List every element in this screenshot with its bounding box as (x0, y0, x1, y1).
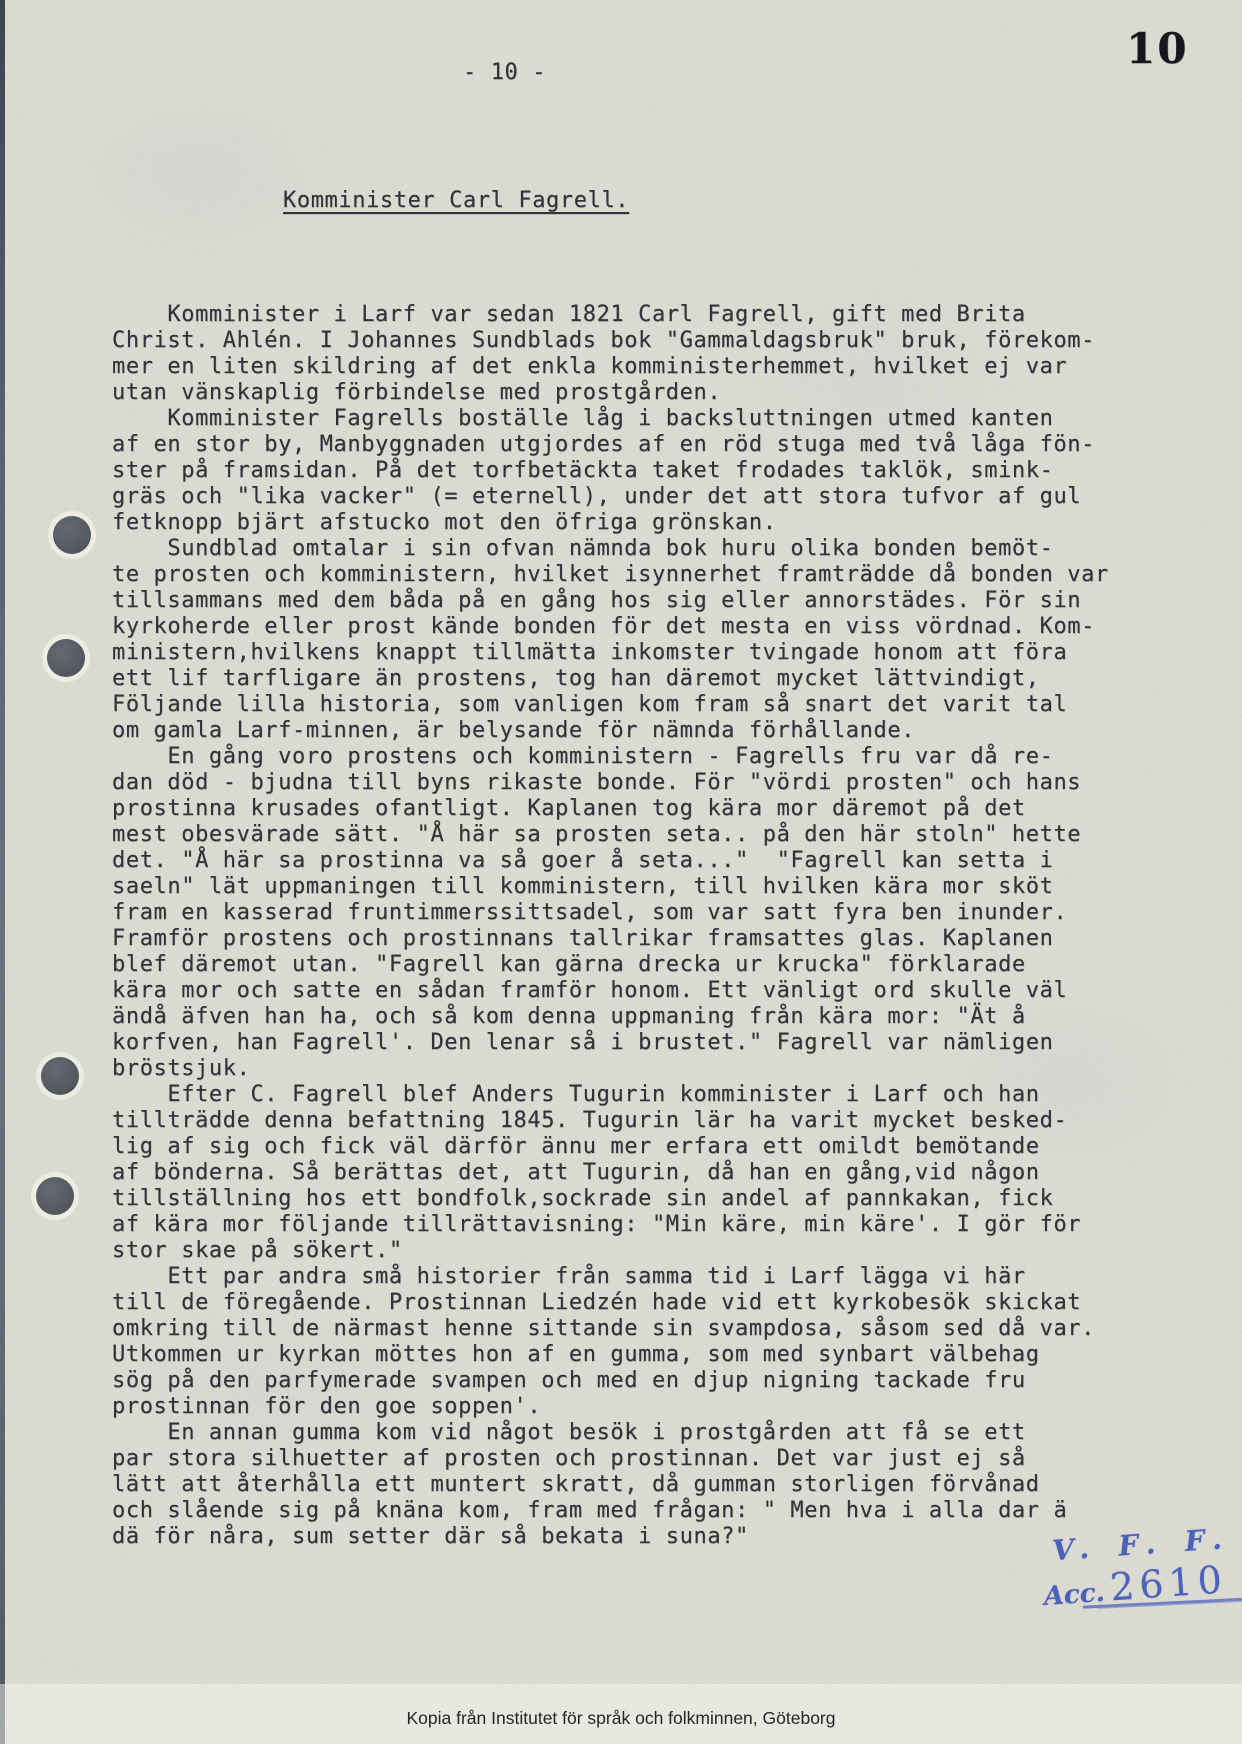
corner-page-number: 10 (1126, 24, 1188, 73)
scanned-document-page: - 10 - 10 Komminister Carl Fagrell. Komm… (0, 0, 1242, 1744)
document-body: Komminister i Larf var sedan 1821 Carl F… (112, 302, 1109, 1550)
hole-punch (47, 639, 85, 677)
paragraph: En annan gumma kom vid något besök i pro… (112, 1420, 1109, 1550)
archive-accession-stamp: V. F. F. Acc. 2610 (1034, 1521, 1242, 1614)
paragraph: Efter C. Fagrell blef Anders Tugurin kom… (112, 1082, 1109, 1264)
copy-attribution-footer: Kopia från Institutet för språk och folk… (0, 1708, 1242, 1729)
hole-punch (41, 1057, 79, 1095)
hole-punch (36, 1177, 74, 1215)
page-number-header: - 10 - (463, 60, 546, 85)
paragraph: Sundblad omtalar i sin ofvan nämnda bok … (112, 536, 1109, 744)
paragraph: Komminister i Larf var sedan 1821 Carl F… (112, 302, 1109, 406)
page-title: Komminister Carl Fagrell. (283, 188, 629, 213)
paragraph: Komminister Fagrells boställe låg i back… (112, 406, 1109, 536)
paragraph: Ett par andra små historier från samma t… (112, 1264, 1109, 1420)
hole-punch (53, 516, 91, 554)
scan-edge-shadow (0, 0, 5, 1744)
paragraph: En gång voro prostens och komministern -… (112, 744, 1109, 1082)
